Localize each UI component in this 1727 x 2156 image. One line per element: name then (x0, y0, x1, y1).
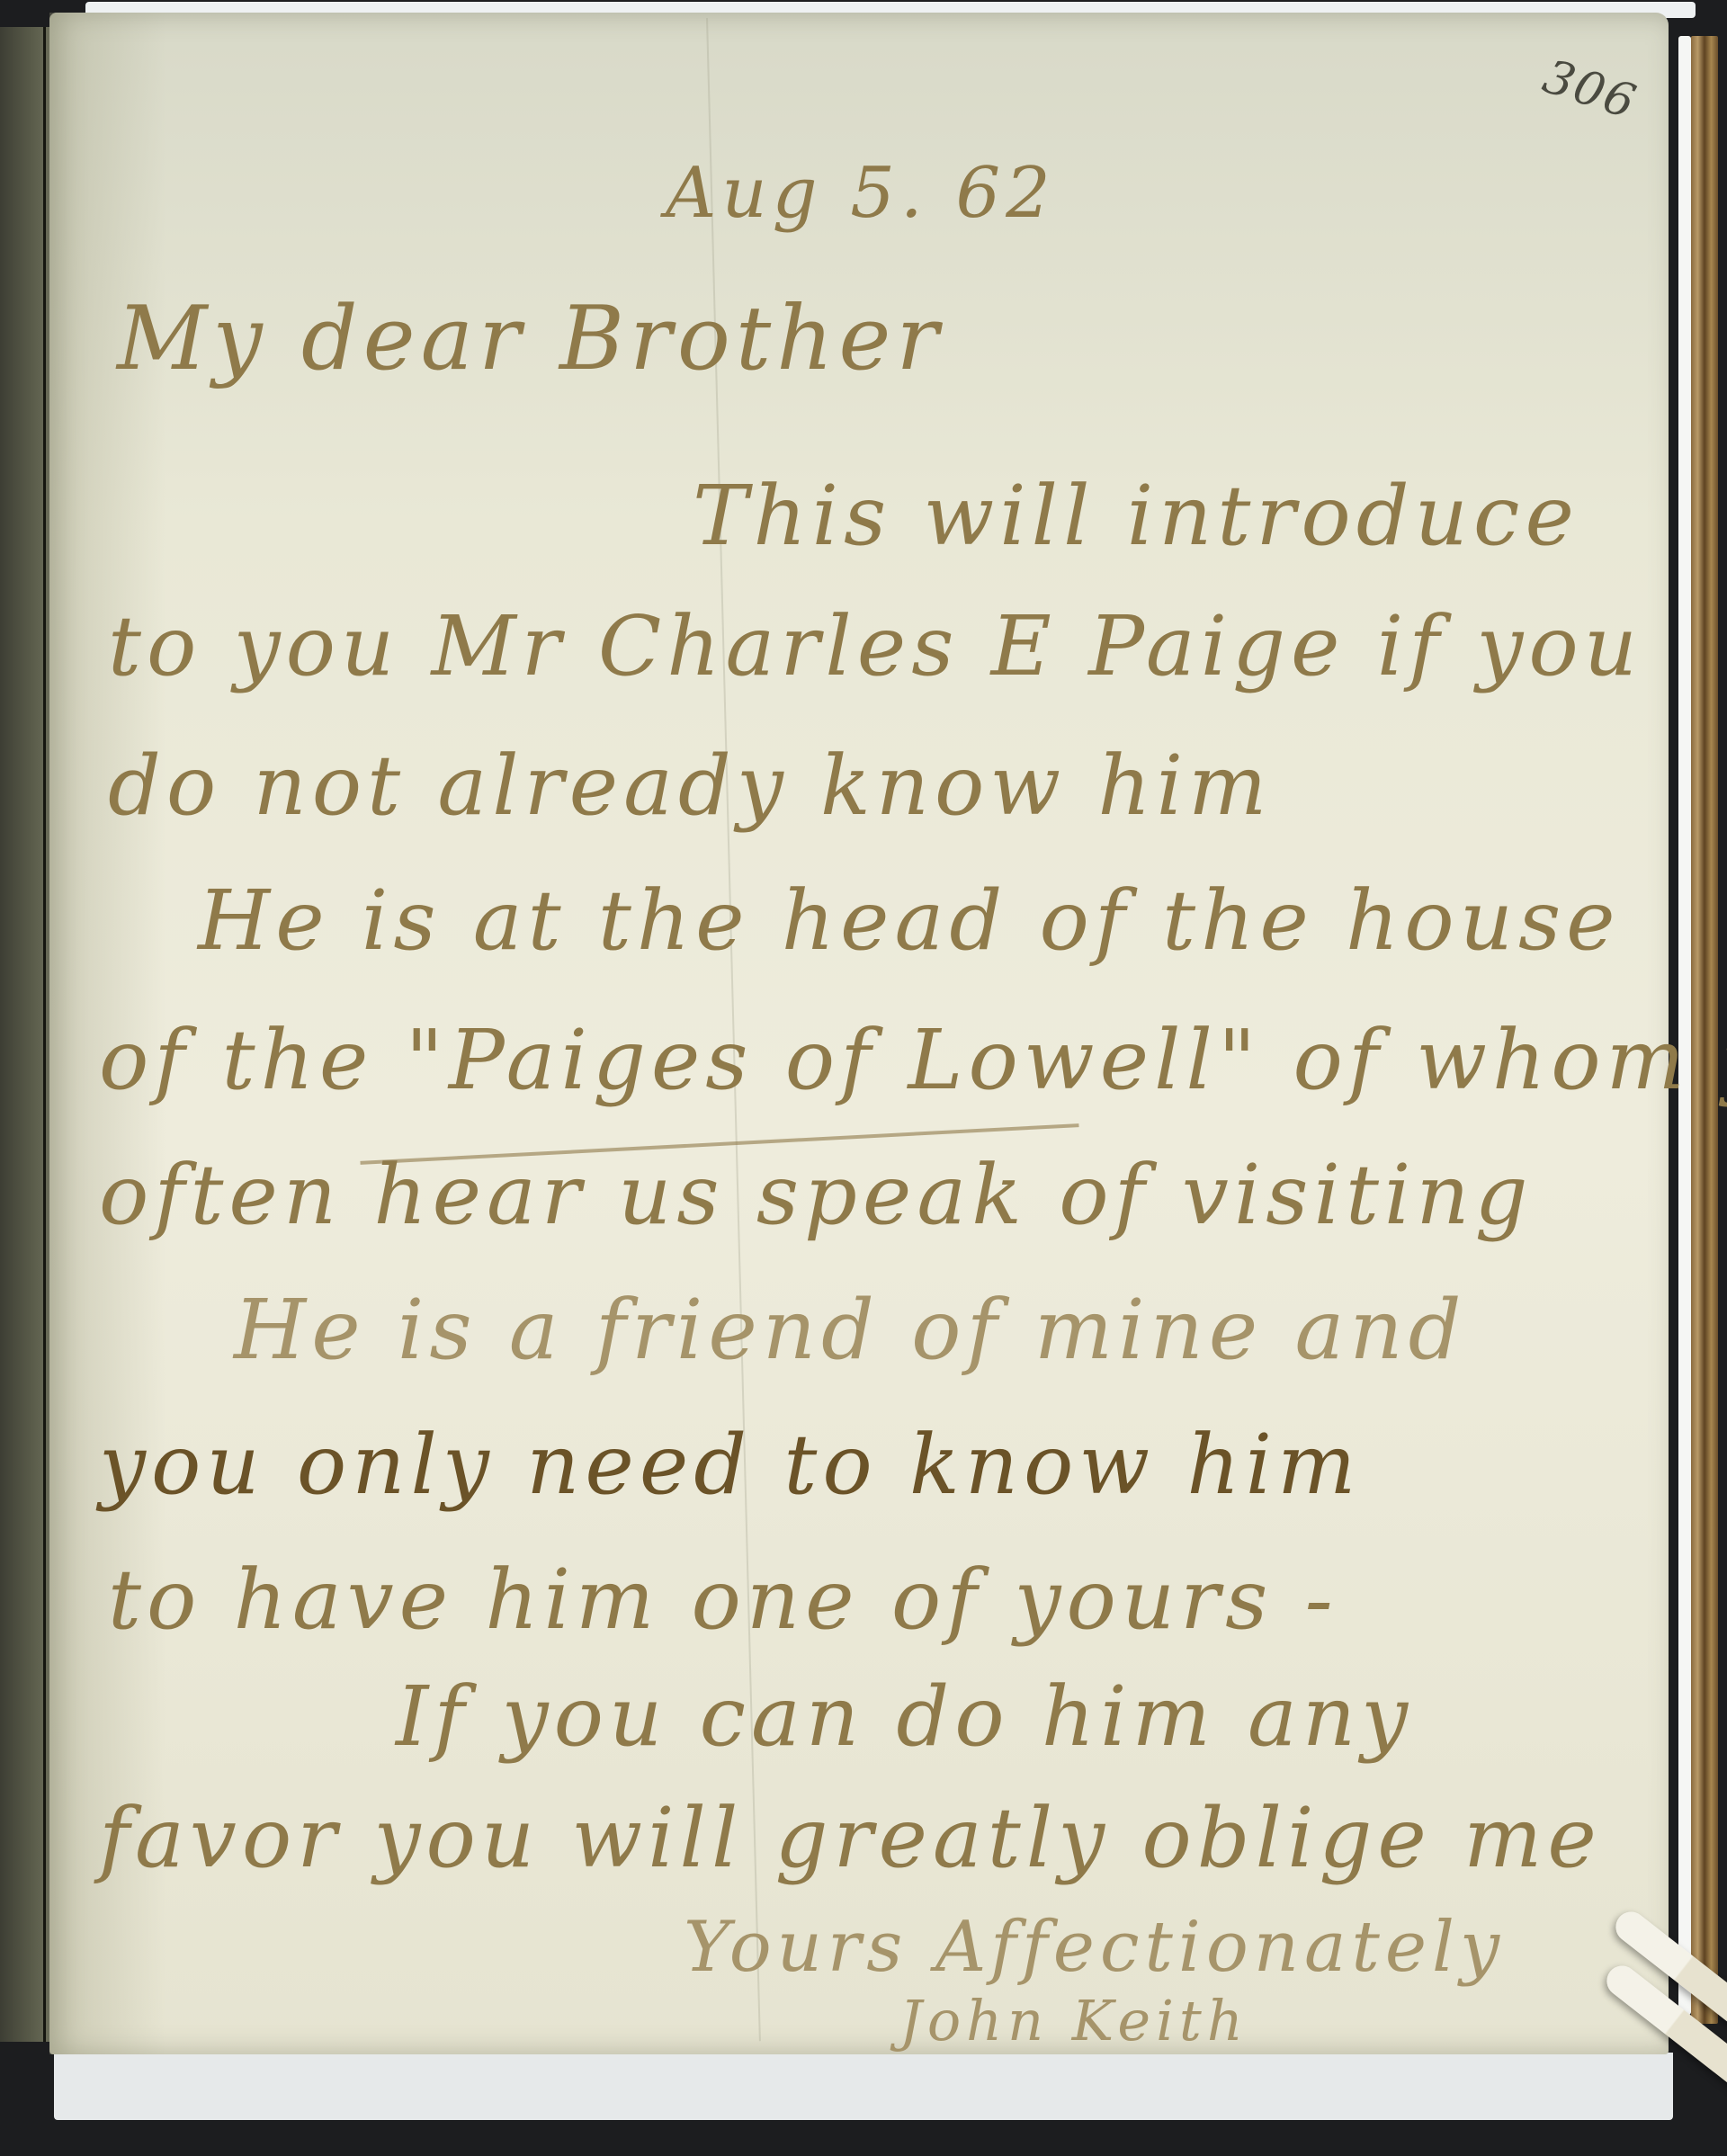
body-line: you only need to know him (99, 1417, 1361, 1513)
binding-edge (43, 27, 46, 2042)
body-line: favor you will greatly oblige me (99, 1790, 1602, 1886)
signature: John Keith (899, 1988, 1248, 2053)
closing: Yours Affectionately (684, 1907, 1505, 1988)
salutation: My dear Brother (117, 288, 944, 390)
book-binding (0, 27, 54, 2042)
mount-strip-bottom (54, 2053, 1673, 2120)
body-line: This will introduce (693, 468, 1579, 564)
body-line: He is at the head of the house (198, 872, 1621, 969)
letter-date: Aug 5. 62 (666, 153, 1056, 234)
body-line: to have him one of yours - (108, 1552, 1338, 1648)
body-line: He is a friend of mine and (234, 1282, 1466, 1378)
body-line: do not already know him (108, 738, 1272, 834)
body-line: often hear us speak of visiting (99, 1147, 1533, 1243)
body-line: to you Mr Charles E Paige if you (108, 598, 1642, 694)
body-line: If you can do him any (396, 1668, 1413, 1765)
body-line: of the "Paiges of Lowell" of whom you (99, 1012, 1727, 1108)
